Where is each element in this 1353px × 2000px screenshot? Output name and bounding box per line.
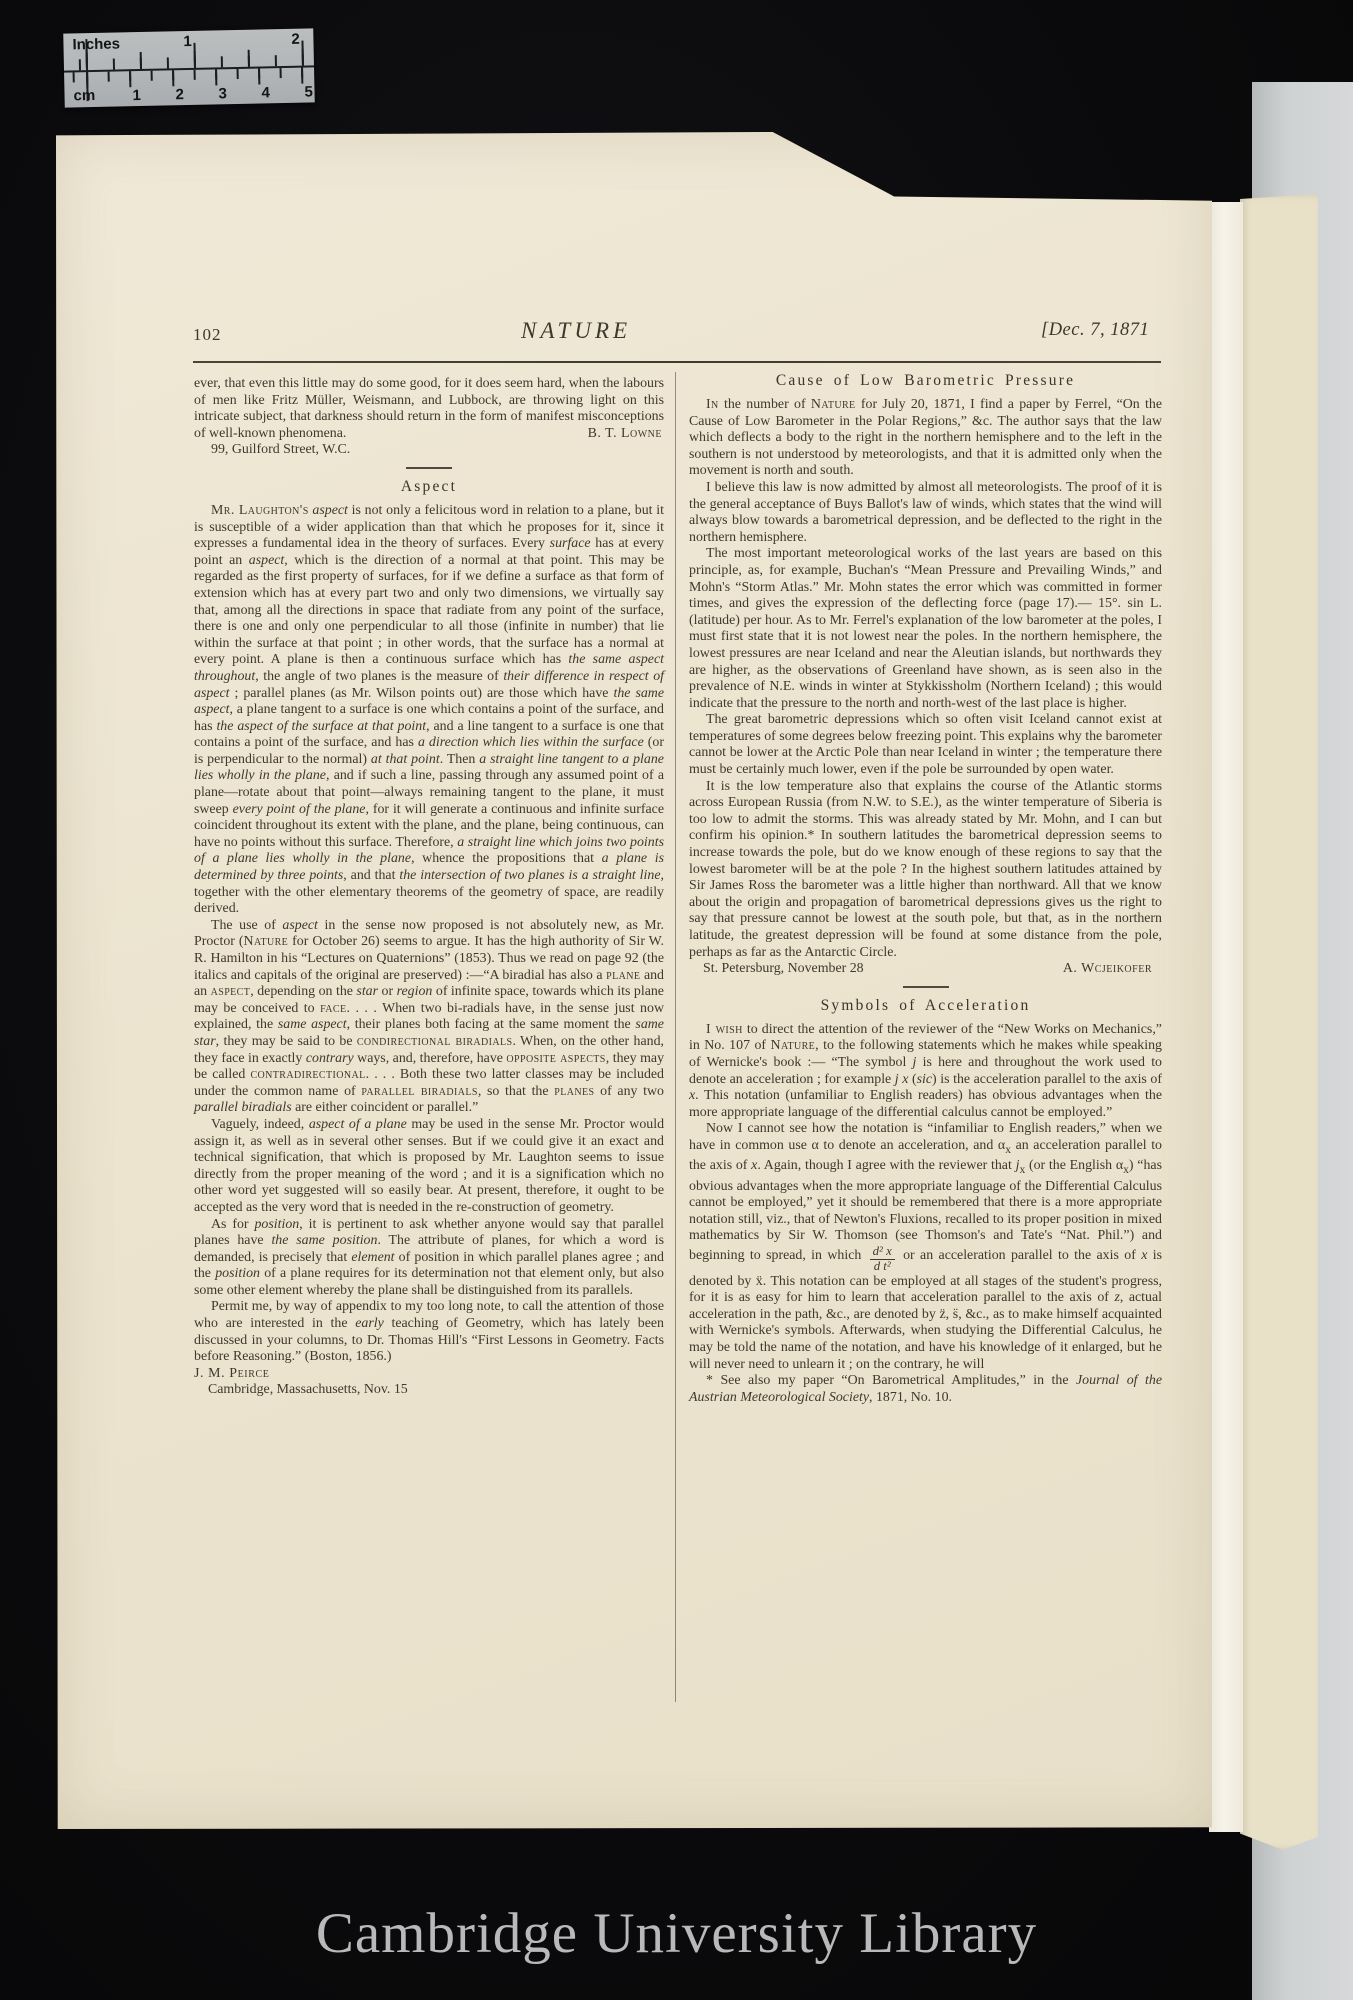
- section-divider: [903, 986, 949, 988]
- next-page-edge: [1240, 194, 1318, 1850]
- letter-dateline: Cambridge, Massachusetts, Nov. 15: [194, 1382, 664, 1399]
- paragraph: Now I cannot see how the notation is “in…: [689, 1121, 1162, 1373]
- ruler-cm-number: 4: [261, 84, 270, 101]
- ruler-inch-number: 1: [183, 33, 192, 50]
- journal-page: 102 NATURE [Dec. 7, 1871 ever, that even…: [56, 132, 1212, 1829]
- journal-title: NATURE: [521, 318, 631, 344]
- scan-photo-background: { "caption": "Cambridge University Libra…: [0, 0, 1353, 2000]
- measurement-ruler: Inches 1 2 cm 1 2 3 4 5: [63, 28, 314, 107]
- paragraph: I believe this law is now admitted by al…: [689, 480, 1162, 546]
- paragraph: It is the low temperature also that expl…: [689, 779, 1162, 962]
- letter-signature: J. M. Peirce: [194, 1366, 664, 1383]
- paragraph: The use of aspect in the sense now propo…: [194, 918, 664, 1117]
- ruler-cm-label: cm: [73, 87, 95, 104]
- page-number: 102: [193, 325, 222, 345]
- ruler-inches-label: Inches: [72, 35, 120, 53]
- ruler-cm-number: 1: [132, 87, 141, 104]
- ruler-cm-number: 5: [304, 83, 313, 100]
- issue-date: [Dec. 7, 1871: [1041, 320, 1149, 341]
- letter-address: 99, Guilford Street, W.C.: [194, 442, 664, 459]
- section-title-barometric: Cause of Low Barometric Pressure: [689, 372, 1162, 390]
- paragraph: I wish to direct the attention of the re…: [689, 1022, 1162, 1122]
- page-stack-edge: [1209, 202, 1243, 1832]
- section-title-acceleration: Symbols of Acceleration: [689, 997, 1162, 1015]
- paragraph: As for position, it is pertinent to ask …: [194, 1217, 664, 1300]
- paragraph: Permit me, by way of appendix to my too …: [194, 1299, 664, 1365]
- paragraph: Vaguely, indeed, aspect of a plane may b…: [194, 1117, 664, 1217]
- paragraph: In the number of Nature for July 20, 187…: [689, 397, 1162, 480]
- column-divider-rule: [675, 372, 676, 1702]
- header-rule: [193, 361, 1161, 363]
- letter-continuation-paragraph: ever, that even this little may do some …: [194, 376, 664, 442]
- footnote: * See also my paper “On Barometrical Amp…: [689, 1373, 1162, 1406]
- ruler-inch-number: 2: [291, 31, 300, 48]
- ruler-cm-number: 2: [175, 86, 184, 103]
- letter-signoff: St. Petersburg, November 28 A. Wcjeikofe…: [689, 961, 1162, 978]
- letter-signature: A. Wcjeikofer: [1063, 961, 1152, 978]
- ruler-cm-number: 3: [218, 85, 227, 102]
- left-column: ever, that even this little may do some …: [194, 376, 664, 1399]
- section-title-aspect: Aspect: [194, 478, 664, 496]
- letter-dateline: St. Petersburg, November 28: [703, 961, 864, 978]
- section-divider: [406, 467, 452, 469]
- library-caption: Cambridge University Library: [0, 1901, 1353, 1966]
- right-column: Cause of Low Barometric Pressure In the …: [689, 372, 1162, 1406]
- running-header: 102 NATURE [Dec. 7, 1871: [191, 318, 1162, 358]
- paragraph: The most important meteorological works …: [689, 546, 1162, 712]
- paragraph: The great barometric depressions which s…: [689, 712, 1162, 778]
- paragraph: Mr. Laughton's aspect is not only a feli…: [194, 503, 664, 918]
- letter-signature: B. T. Lowne: [588, 426, 664, 443]
